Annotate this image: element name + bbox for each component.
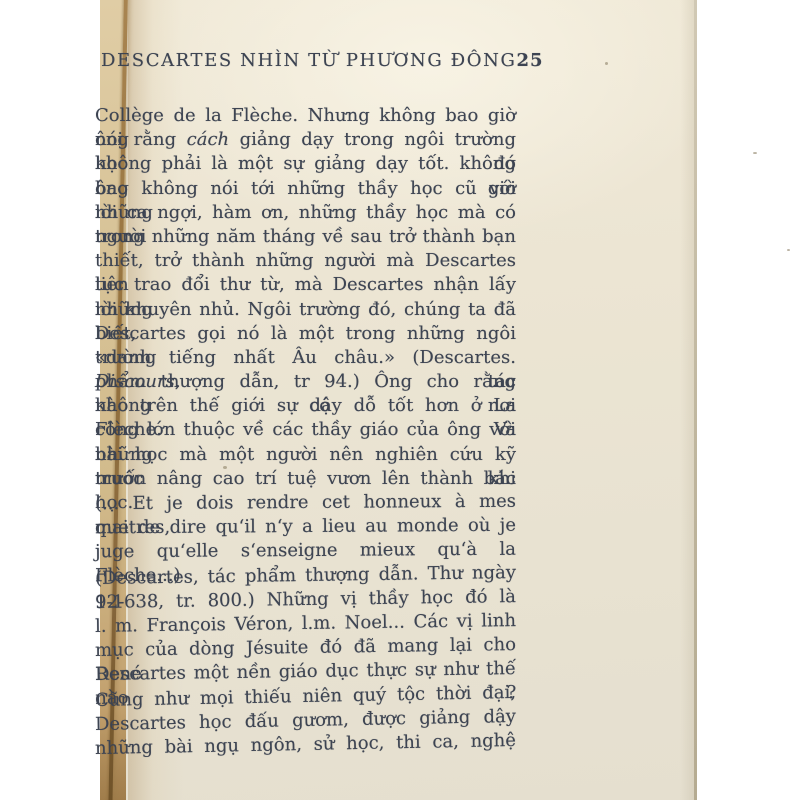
header-title: DESCARTES NHÌN TỪ PHƯƠNG ĐÔNG (95, 50, 516, 71)
text-line: lời khuyên nhủ. Ngôi trường đó, chúng ta… (95, 298, 516, 322)
page-number: 25 (516, 50, 543, 71)
italic-text-segment: cách (187, 129, 230, 150)
text-line: Collège de la Flèche. Nhưng không bao gi… (95, 104, 516, 128)
text-line: trong những năm tháng về sau trở thành b… (95, 225, 516, 249)
text-line: nào trên thế giới sự dậy dỗ tốt hơn ở La… (95, 394, 516, 418)
text-line: công lớn thuộc về các thầy giáo của ông … (95, 418, 516, 442)
text-line: tục trao đổi thư từ, mà Descartes nhận l… (95, 273, 516, 297)
paper-speck (753, 152, 757, 154)
text-line: nói rằng cách giảng dạy trong ngôi trườn… (95, 128, 516, 152)
text-line: lời ca ngợi, hàm ơn, những thầy học mà c… (95, 201, 516, 225)
text-line: không phải là một sự giảng dạy tốt. khôn… (95, 152, 516, 176)
book-photo: DESCARTES NHÌN TỪ PHƯƠNG ĐÔNG 25 Collège… (0, 0, 800, 800)
text-line: phẩm thượng dẫn, tr 94.) Ông cho rằng kh… (95, 370, 516, 394)
text-segment: «danh tiếng nhất Âu châu.» (Descartes. (95, 347, 516, 368)
text-block: Collège de la Flèche. Nhưng không bao gi… (95, 104, 516, 757)
text-segment: 9-1638, tr. 800.) Những vị thầy học đó l… (95, 586, 516, 613)
text-line: bài học mà một người nên nghiên cứu kỹ t… (95, 443, 516, 467)
text-line: (... Et je dois rendre cet honneux à mes… (95, 490, 516, 517)
text-line: juge qu‘elle s‘enseigne mieux qu‘à la Fl… (95, 538, 516, 565)
running-header: DESCARTES NHÌN TỪ PHƯƠNG ĐÔNG 25 (95, 50, 517, 71)
paper-speck (605, 62, 608, 65)
text-line: «danh tiếng nhất Âu châu.» (Descartes. D… (95, 346, 516, 370)
text-segment: trong những năm tháng về sau trở thành b… (95, 226, 516, 247)
paper-speck (787, 249, 790, 251)
text-line: ông không nói tới những thầy học cũ với … (95, 177, 516, 201)
page-right-edge (694, 0, 697, 800)
text-line: thiết, trở thành những người mà Descarte… (95, 249, 516, 273)
text-line: que de dire qu‘il n‘y a lieu au monde où… (95, 514, 516, 541)
text-segment: que de dire qu‘il n‘y a lieu au monde où… (95, 515, 516, 539)
page-right-shadow (680, 0, 694, 800)
text-line: muốn nâng cao trí tuệ vươn lên thành bác… (95, 467, 516, 491)
text-segment: l. m. François Véron, l.m. Noel... Các v… (95, 610, 516, 637)
text-line: Descartes gọi nó là một trong những ngôi… (95, 322, 516, 346)
text-segment: nói rằng (95, 129, 187, 150)
